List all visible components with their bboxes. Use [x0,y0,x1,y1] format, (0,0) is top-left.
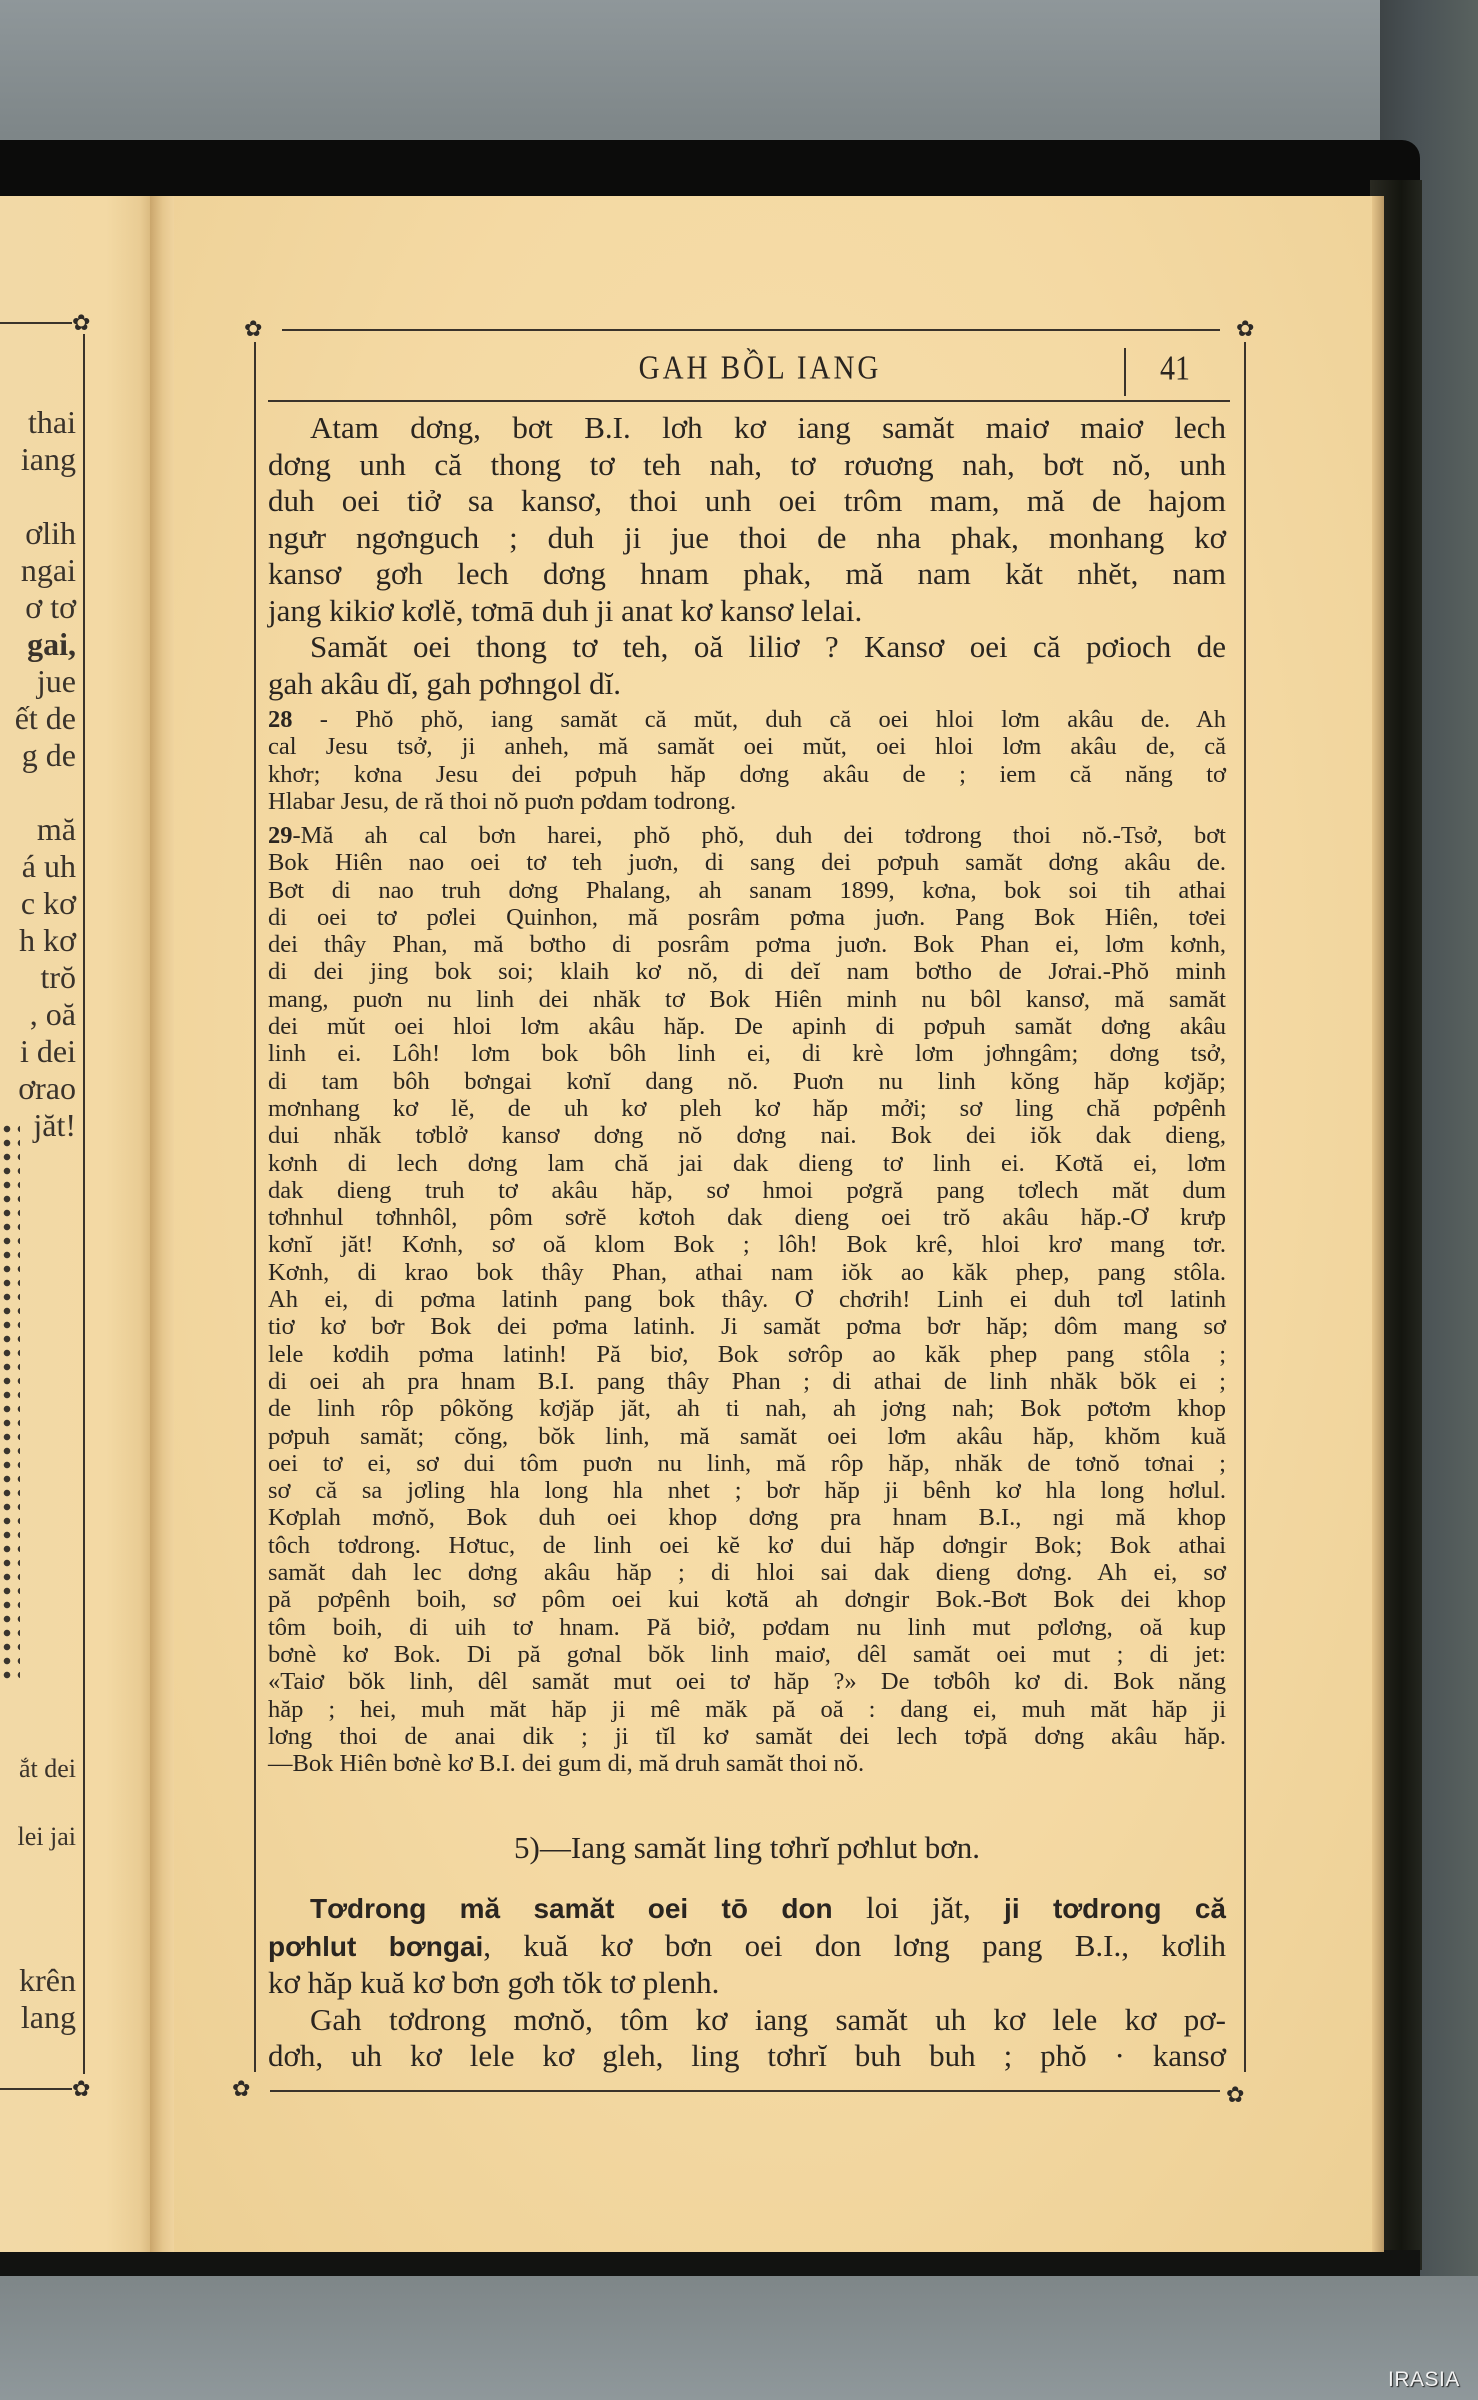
left-page-text-top: thai iang ơlih ngai ơ tơ gai, jue ết de … [0,404,76,1144]
flower-ornament-icon: ✿ [72,312,90,334]
footer-rule [270,2090,1220,2092]
book-cover-top-edge [0,140,1420,202]
book-gutter [150,196,176,2252]
left-page-frame-line [83,334,85,2074]
running-title: GAH BỒL IANG [560,350,960,388]
header-bottom-rule [268,400,1230,402]
watermark: IRASIA [1388,2368,1460,2392]
left-page-top-rule [0,322,72,324]
header-top-rule [282,329,1220,331]
verse-28: 28 - Phŏ phŏ, iang samăt că mŭt, duh că … [268,706,1226,815]
header-divider [1124,348,1126,396]
page-frame-right-line [1244,342,1246,2072]
left-page-bottom-rule [0,2088,72,2090]
verse-29: 29-Mă ah cal bơn harei, phŏ phŏ, duh dei… [268,822,1226,1777]
page-frame-left-line [254,342,256,2072]
book-cover-bottom-edge [0,2250,1420,2276]
flower-ornament-icon: ✿ [244,318,262,340]
flower-ornament-icon: ✿ [1236,318,1254,340]
background-bottom [0,2276,1478,2400]
page-number: 41 [1160,349,1190,388]
flower-ornament-icon: ✿ [72,2078,90,2100]
left-page-text-bottom-b: krên lang [0,1962,76,2036]
verse-number: 29 [268,822,293,849]
section-heading: 5)—Iang samăt ling tơhrĭ pơhlut bơn. [268,1830,1226,1866]
paragraph-1: Atam dơng, bơt B.I. lơh kơ iang samăt ma… [268,410,1226,702]
verse-number: 28 [268,706,293,733]
flower-ornament-icon: ✿ [232,2078,250,2100]
left-page-text-bottom-a: ắt dei lei jai [0,1752,76,1854]
page-edge-shadow [1372,196,1384,2252]
flower-ornament-icon: ✿ [1226,2084,1244,2106]
left-page-ornament-column [0,1122,20,1682]
paragraph-3: Tơdrong mă samăt oei tō don loi jăt, ji … [268,1890,1226,2075]
